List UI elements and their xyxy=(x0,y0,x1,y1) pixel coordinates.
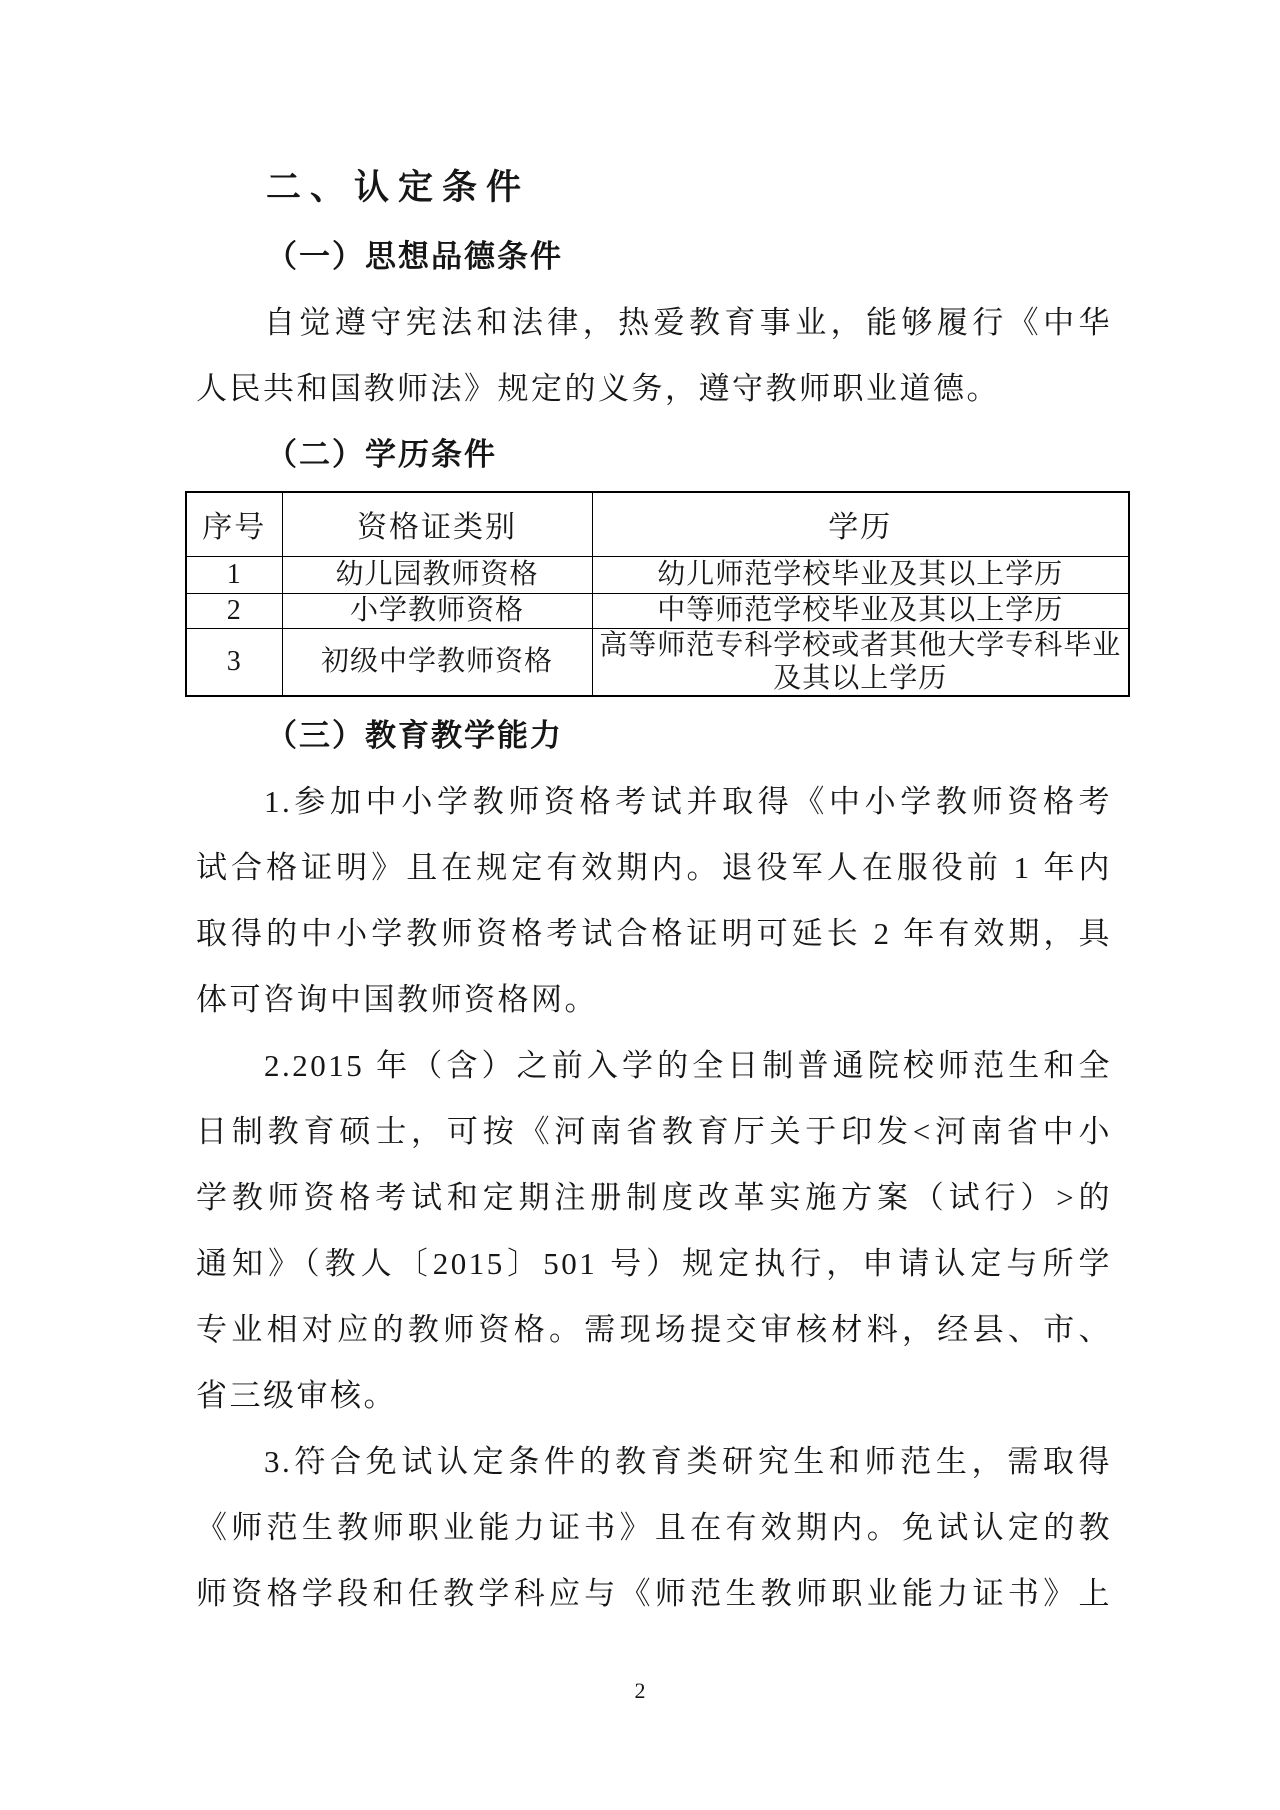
table-cell: 3 xyxy=(186,628,282,696)
text-line: 日制教育硕士，可按《河南省教育厅关于印发<河南省中小 xyxy=(196,1099,1112,1165)
qualification-table: 序号 资格证类别 学历 1 幼儿园教师资格 幼儿师范学校毕业及其以上学历 2 小… xyxy=(185,491,1130,697)
table-row: 1 幼儿园教师资格 幼儿师范学校毕业及其以上学历 xyxy=(186,556,1129,593)
table-row: 2 小学教师资格 中等师范学校毕业及其以上学历 xyxy=(186,593,1129,628)
text-line: 取得的中小学教师资格考试合格证明可延长 2 年有效期，具 xyxy=(196,901,1112,967)
text-line: 体可咨询中国教师资格网。 xyxy=(196,967,1112,1033)
table-header-cell: 资格证类别 xyxy=(282,492,592,556)
table-header-row: 序号 资格证类别 学历 xyxy=(186,492,1129,556)
text-line: 3.符合免试认定条件的教育类研究生和师范生，需取得 xyxy=(196,1429,1112,1495)
document-page: 二、认定条件 （一）思想品德条件 自觉遵守宪法和法律，热爱教育事业，能够履行《中… xyxy=(0,0,1280,1810)
document-content: 二、认定条件 （一）思想品德条件 自觉遵守宪法和法律，热爱教育事业，能够履行《中… xyxy=(196,152,1112,1627)
table-header-cell: 学历 xyxy=(592,492,1129,556)
text-line: 专业相对应的教师资格。需现场提交审核材料，经县、市、 xyxy=(196,1297,1112,1363)
paragraph-exam: 1.参加中小学教师资格考试并取得《中小学教师资格考 试合格证明》且在规定有效期内… xyxy=(196,769,1112,1033)
subsection-heading-3: （三）教育教学能力 xyxy=(196,703,1112,769)
table-cell: 2 xyxy=(186,593,282,628)
table-cell: 1 xyxy=(186,556,282,593)
table-cell: 幼儿师范学校毕业及其以上学历 xyxy=(592,556,1129,593)
text-line: 学教师资格考试和定期注册制度改革实施方案（试行）>的 xyxy=(196,1165,1112,1231)
paragraph-2015-policy: 2.2015 年（含）之前入学的全日制普通院校师范生和全 日制教育硕士，可按《河… xyxy=(196,1033,1112,1429)
text-line: 2.2015 年（含）之前入学的全日制普通院校师范生和全 xyxy=(196,1033,1112,1099)
text-line: 通知》（教人〔2015〕501 号）规定执行，申请认定与所学 xyxy=(196,1231,1112,1297)
table-cell: 高等师范专科学校或者其他大学专科毕业及其以上学历 xyxy=(592,628,1129,696)
text-line: 试合格证明》且在规定有效期内。退役军人在服役前 1 年内 xyxy=(196,835,1112,901)
text-line: 1.参加中小学教师资格考试并取得《中小学教师资格考 xyxy=(196,769,1112,835)
table-cell: 初级中学教师资格 xyxy=(282,628,592,696)
table-header-cell: 序号 xyxy=(186,492,282,556)
page-number: 2 xyxy=(0,1678,1280,1704)
table-row: 3 初级中学教师资格 高等师范专科学校或者其他大学专科毕业及其以上学历 xyxy=(186,628,1129,696)
text-line: 师资格学段和任教学科应与《师范生教师职业能力证书》上 xyxy=(196,1561,1112,1627)
text-line: 省三级审核。 xyxy=(196,1363,1112,1429)
table-cell: 中等师范学校毕业及其以上学历 xyxy=(592,593,1129,628)
table-cell: 小学教师资格 xyxy=(282,593,592,628)
table-cell: 幼儿园教师资格 xyxy=(282,556,592,593)
paragraph-moral: 自觉遵守宪法和法律，热爱教育事业，能够履行《中华 人民共和国教师法》规定的义务，… xyxy=(196,290,1112,422)
subsection-heading-1: （一）思想品德条件 xyxy=(196,224,1112,290)
text-line: 《师范生教师职业能力证书》且在有效期内。免试认定的教 xyxy=(196,1495,1112,1561)
section-title: 二、认定条件 xyxy=(196,152,1112,224)
subsection-heading-2: （二）学历条件 xyxy=(196,422,1112,488)
text-line: 人民共和国教师法》规定的义务，遵守教师职业道德。 xyxy=(196,356,1112,422)
paragraph-exemption: 3.符合免试认定条件的教育类研究生和师范生，需取得 《师范生教师职业能力证书》且… xyxy=(196,1429,1112,1627)
text-line: 自觉遵守宪法和法律，热爱教育事业，能够履行《中华 xyxy=(196,290,1112,356)
